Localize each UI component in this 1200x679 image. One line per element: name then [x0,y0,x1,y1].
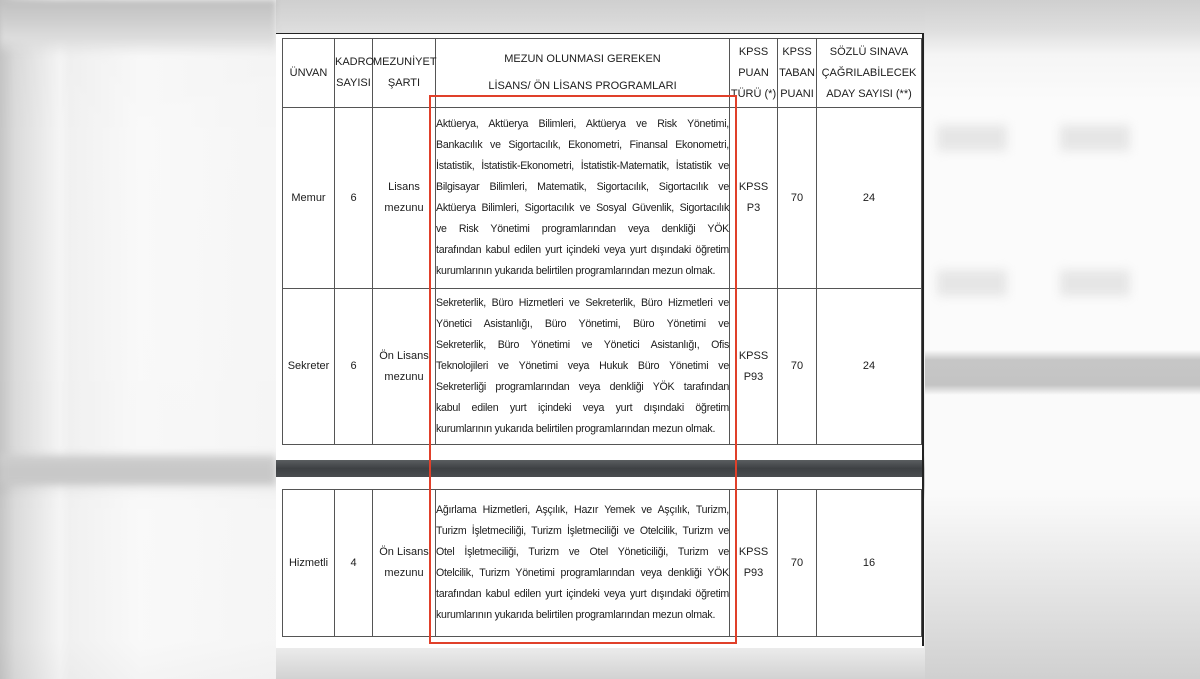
cell-mezuniyet: Ön Lisans mezunu [373,490,436,637]
blurred-shape [1060,270,1130,296]
header-text: ADAY SAYISI (**) [817,84,921,105]
header-text: MEZUN OLUNMASI GEREKEN [436,46,729,73]
program-line: tarafından kabul edilen yurt içindeki ve… [436,240,729,261]
program-line: Turizm İşletmeciliği, Turizm İşletmecili… [436,521,729,542]
header-taban-puan: KPSS TABAN PUANI [778,39,817,108]
header-text: MEZUNİYET [373,52,435,73]
header-text: LİSANS/ ÖN LİSANS PROGRAMLARI [436,73,729,100]
cell-text: mezunu [373,198,435,219]
program-line: Otelcilik, Turizm Yönetimi programlarınd… [436,563,729,584]
cell-puan-turu: KPSS P93 [730,490,778,637]
cell-programlar: Sekreterlik, Büro Hizmetleri ve Sekreter… [436,289,730,445]
cell-text: Lisans [373,177,435,198]
cell-taban-puan: 70 [778,108,817,289]
positions-table: ÜNVAN KADRO SAYISI MEZUNİYET ŞARTI MEZUN… [282,38,922,445]
blurred-shape [937,125,1007,151]
program-line: tarafından kabul edilen yurt içindeki ve… [436,584,729,605]
page-separator-bar [276,460,924,477]
header-text: KPSS [730,42,777,63]
blurred-shape [1060,125,1130,151]
blurred-band [0,455,276,485]
header-text: ÇAĞRILABİLECEK [817,63,921,84]
program-line: Yönetici Asistanlığı, Büro Yönetimi, Bür… [436,314,729,335]
program-line: Teknolojileri ve Yönetimi veya Hukuk Bür… [436,356,729,377]
cell-text: Ön Lisans [373,346,435,367]
cell-unvan: Memur [283,108,335,289]
cell-aday-sayisi: 24 [817,108,922,289]
blurred-background-left [0,0,276,679]
program-line: Sekreterlik, Büro Hizmetleri ve Sekreter… [436,293,729,314]
program-line: Aktüerya Bilimleri, Sigortacılık ve Sosy… [436,198,729,219]
header-text: KPSS [778,42,816,63]
header-text: SAYISI [335,73,372,94]
cell-kadro: 4 [335,490,373,637]
cell-text: Ön Lisans [373,542,435,563]
cell-taban-puan: 70 [778,490,817,637]
table-row: Memur 6 Lisans mezunu Aktüerya, Aktüerya… [283,108,922,289]
positions-table-continued: Hizmetli 4 Ön Lisans mezunu Ağırlama Hiz… [282,489,922,637]
program-line: kurumlarının yukarıda belirtilen program… [436,261,729,282]
program-line: Aktüerya, Aktüerya Bilimleri, Aktüerya v… [436,114,729,135]
cell-text: KPSS [730,542,777,563]
cell-text: KPSS [730,177,777,198]
table-row: Sekreter 6 Ön Lisans mezunu Sekreterlik,… [283,289,922,445]
cell-text: P3 [730,198,777,219]
program-line: kabul edilen yurt içindeki veya yurt dış… [436,398,729,419]
program-line: Ağırlama Hizmetleri, Aşçılık, Hazır Yeme… [436,500,729,521]
header-unvan: ÜNVAN [283,39,335,108]
cell-unvan: Sekreter [283,289,335,445]
blurred-band [0,0,276,55]
cell-unvan: Hizmetli [283,490,335,637]
header-text: PUANI [778,84,816,105]
table-header-row: ÜNVAN KADRO SAYISI MEZUNİYET ŞARTI MEZUN… [283,39,922,108]
cell-text: KPSS [730,346,777,367]
page-top-border [276,33,924,34]
header-text: TABAN [778,63,816,84]
header-unvan-text: ÜNVAN [290,67,328,79]
header-programlar: MEZUN OLUNMASI GEREKEN LİSANS/ ÖN LİSANS… [436,39,730,108]
program-line: Otel İşletmeciliği, Turizm ve Otel Yönet… [436,542,729,563]
cell-puan-turu: KPSS P3 [730,108,778,289]
header-text: TÜRÜ (*) [730,84,777,105]
header-aday-sayisi: SÖZLÜ SINAVA ÇAĞRILABİLECEK ADAY SAYISI … [817,39,922,108]
cell-aday-sayisi: 16 [817,490,922,637]
header-puan-turu: KPSS PUAN TÜRÜ (*) [730,39,778,108]
cell-puan-turu: KPSS P93 [730,289,778,445]
header-text: SÖZLÜ SINAVA [817,42,921,63]
blurred-background-right [925,0,1200,679]
cell-programlar: Aktüerya, Aktüerya Bilimleri, Aktüerya v… [436,108,730,289]
cell-kadro: 6 [335,289,373,445]
cell-text: mezunu [373,367,435,388]
program-line: Bankacılık ve Sigortacılık, Ekonometri, … [436,135,729,156]
header-text: PUAN [730,63,777,84]
cell-taban-puan: 70 [778,289,817,445]
cell-kadro: 6 [335,108,373,289]
cell-programlar: Ağırlama Hizmetleri, Aşçılık, Hazır Yeme… [436,490,730,637]
cell-text: P93 [730,367,777,388]
blurred-shape [937,270,1007,296]
header-text: KADRO [335,52,372,73]
program-line: Sekreterlik, Büro Yönetimi ve Yönetici A… [436,335,729,356]
cell-text: P93 [730,563,777,584]
cell-mezuniyet: Ön Lisans mezunu [373,289,436,445]
program-line: kurumlarının yukarıda belirtilen program… [436,419,729,440]
header-kadro: KADRO SAYISI [335,39,373,108]
program-line: kurumlarının yukarıda belirtilen program… [436,605,729,626]
program-line: ve Risk Yönetimi programlarından veya de… [436,219,729,240]
table-row: Hizmetli 4 Ön Lisans mezunu Ağırlama Hiz… [283,490,922,637]
cell-text: mezunu [373,563,435,584]
program-line: Bilgisayar Bilimleri, Matematik, Sigorta… [436,177,729,198]
header-text: ŞARTI [373,73,435,94]
cell-aday-sayisi: 24 [817,289,922,445]
page-right-border [922,33,924,646]
cell-mezuniyet: Lisans mezunu [373,108,436,289]
header-mezuniyet: MEZUNİYET ŞARTI [373,39,436,108]
program-line: Sekreterliği programlarından veya denkli… [436,377,729,398]
program-line: İstatistik, İstatistik-Ekonometri, İstat… [436,156,729,177]
